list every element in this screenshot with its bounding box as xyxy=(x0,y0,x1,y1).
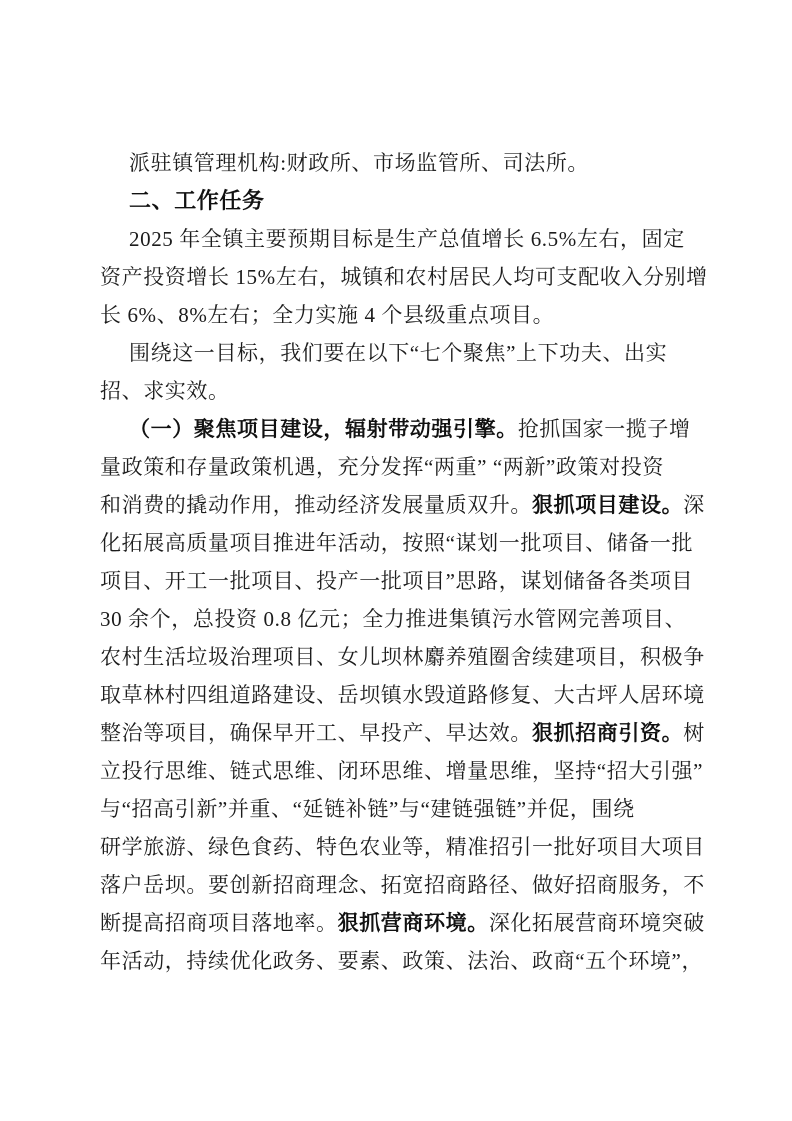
text-run: 量政策和存量政策机遇，充分发挥“两重” “两新”政策对投资 xyxy=(100,455,664,479)
item-one-line-13: 落户岳坝。要创新招商理念、拓宽招商路径、做好招商服务，不 xyxy=(100,866,704,904)
text-run: 招、求实效。 xyxy=(100,379,230,403)
focus-paragraph-line-1: 围绕这一目标，我们要在以下“七个聚焦”上下功夫、出实 xyxy=(100,334,704,372)
text-run: 立投行思维、链式思维、闭环思维、增量思维，坚持“招大引强” xyxy=(100,759,703,783)
text-run: 农村生活垃圾治理项目、女儿坝林麝养殖圈舍续建项目，积极争 xyxy=(100,645,705,669)
bold-text-run: （一）聚焦项目建设，辐射带动强引擎。 xyxy=(129,418,518,441)
item-one-line-9: 整治等项目，确保早开工、早投产、早达效。狠抓招商引资。树 xyxy=(100,714,704,752)
item-one-line-11: 与“招高引新”并重、“延链补链”与“建链强链”并促，围绕 xyxy=(100,790,704,828)
document-page: 派驻镇管理机构:财政所、市场监管所、司法所。二、工作任务2025 年全镇主要预期… xyxy=(0,0,792,1121)
text-run: 派驻镇管理机构:财政所、市场监管所、司法所。 xyxy=(129,151,589,175)
item-one-line-7: 农村生活垃圾治理项目、女儿坝林麝养殖圈舍续建项目，积极争 xyxy=(100,638,704,676)
text-run: 树 xyxy=(683,721,705,745)
bold-text-run: 狠抓营商环境。 xyxy=(338,912,489,935)
text-run: 取草林村四组道路建设、岳坝镇水毁道路修复、大古坪人居环境 xyxy=(100,683,705,707)
item-one-line-5: 项目、开工一批项目、投产一批项目”思路，谋划储备各类项目 xyxy=(100,562,704,600)
item-one-line-2: 量政策和存量政策机遇，充分发挥“两重” “两新”政策对投资 xyxy=(100,448,704,486)
item-one-line-10: 立投行思维、链式思维、闭环思维、增量思维，坚持“招大引强” xyxy=(100,752,704,790)
bold-text-run: 狠抓招商引资。 xyxy=(532,722,683,745)
text-run: 整治等项目，确保早开工、早投产、早达效。 xyxy=(100,721,532,745)
text-run: 深化拓展营商环境突破 xyxy=(489,911,705,935)
text-run: 年活动，持续优化政务、要素、政策、法治、政商“五个环境”， xyxy=(100,949,703,973)
text-run: 项目、开工一批项目、投产一批项目”思路，谋划储备各类项目 xyxy=(100,569,693,593)
section-heading: 二、工作任务 xyxy=(100,182,704,220)
bold-text-run: 二、工作任务 xyxy=(129,188,265,213)
text-run: 抢抓国家一揽子增 xyxy=(518,417,691,441)
focus-paragraph-line-2: 招、求实效。 xyxy=(100,372,704,410)
item-one-line-14: 断提高招商项目落地率。狠抓营商环境。深化拓展营商环境突破 xyxy=(100,904,704,942)
text-run: 和消费的撬动作用，推动经济发展量质双升。 xyxy=(100,493,532,517)
text-run: 长 6%、8%左右；全力实施 4 个县级重点项目。 xyxy=(100,303,554,327)
text-run: 围绕这一目标，我们要在以下“七个聚焦”上下功夫、出实 xyxy=(129,341,667,365)
goals-paragraph-line-2: 资产投资增长 15%左右，城镇和农村居民人均可支配收入分别增 xyxy=(100,258,704,296)
text-run: 深 xyxy=(683,493,705,517)
item-one-line-4: 化拓展高质量项目推进年活动，按照“谋划一批项目、储备一批 xyxy=(100,524,704,562)
item-one-line-6: 30 余个，总投资 0.8 亿元；全力推进集镇污水管网完善项目、 xyxy=(100,600,704,638)
text-run: 落户岳坝。要创新招商理念、拓宽招商路径、做好招商服务，不 xyxy=(100,873,705,897)
text-run: 研学旅游、绿色食药、特色农业等，精准招引一批好项目大项目 xyxy=(100,835,705,859)
text-run: 2025 年全镇主要预期目标是生产总值增长 6.5%左右，固定 xyxy=(129,227,685,251)
text-run: 资产投资增长 15%左右，城镇和农村居民人均可支配收入分别增 xyxy=(100,265,708,289)
text-run: 与“招高引新”并重、“延链补链”与“建链强链”并促，围绕 xyxy=(100,797,635,821)
goals-paragraph-line-1: 2025 年全镇主要预期目标是生产总值增长 6.5%左右，固定 xyxy=(100,220,704,258)
bold-text-run: 狠抓项目建设。 xyxy=(532,494,683,517)
item-one-line-15: 年活动，持续优化政务、要素、政策、法治、政商“五个环境”， xyxy=(100,942,704,980)
document-text-block: 派驻镇管理机构:财政所、市场监管所、司法所。二、工作任务2025 年全镇主要预期… xyxy=(100,144,704,980)
item-one-line-12: 研学旅游、绿色食药、特色农业等，精准招引一批好项目大项目 xyxy=(100,828,704,866)
item-one-line-3: 和消费的撬动作用，推动经济发展量质双升。狠抓项目建设。深 xyxy=(100,486,704,524)
item-one-line-1: （一）聚焦项目建设，辐射带动强引擎。抢抓国家一揽子增 xyxy=(100,410,704,448)
text-run: 30 余个，总投资 0.8 亿元；全力推进集镇污水管网完善项目、 xyxy=(100,607,686,631)
text-run: 断提高招商项目落地率。 xyxy=(100,911,338,935)
goals-paragraph-line-3: 长 6%、8%左右；全力实施 4 个县级重点项目。 xyxy=(100,296,704,334)
paragraph-agencies-line: 派驻镇管理机构:财政所、市场监管所、司法所。 xyxy=(100,144,704,182)
item-one-line-8: 取草林村四组道路建设、岳坝镇水毁道路修复、大古坪人居环境 xyxy=(100,676,704,714)
text-run: 化拓展高质量项目推进年活动，按照“谋划一批项目、储备一批 xyxy=(100,531,693,555)
